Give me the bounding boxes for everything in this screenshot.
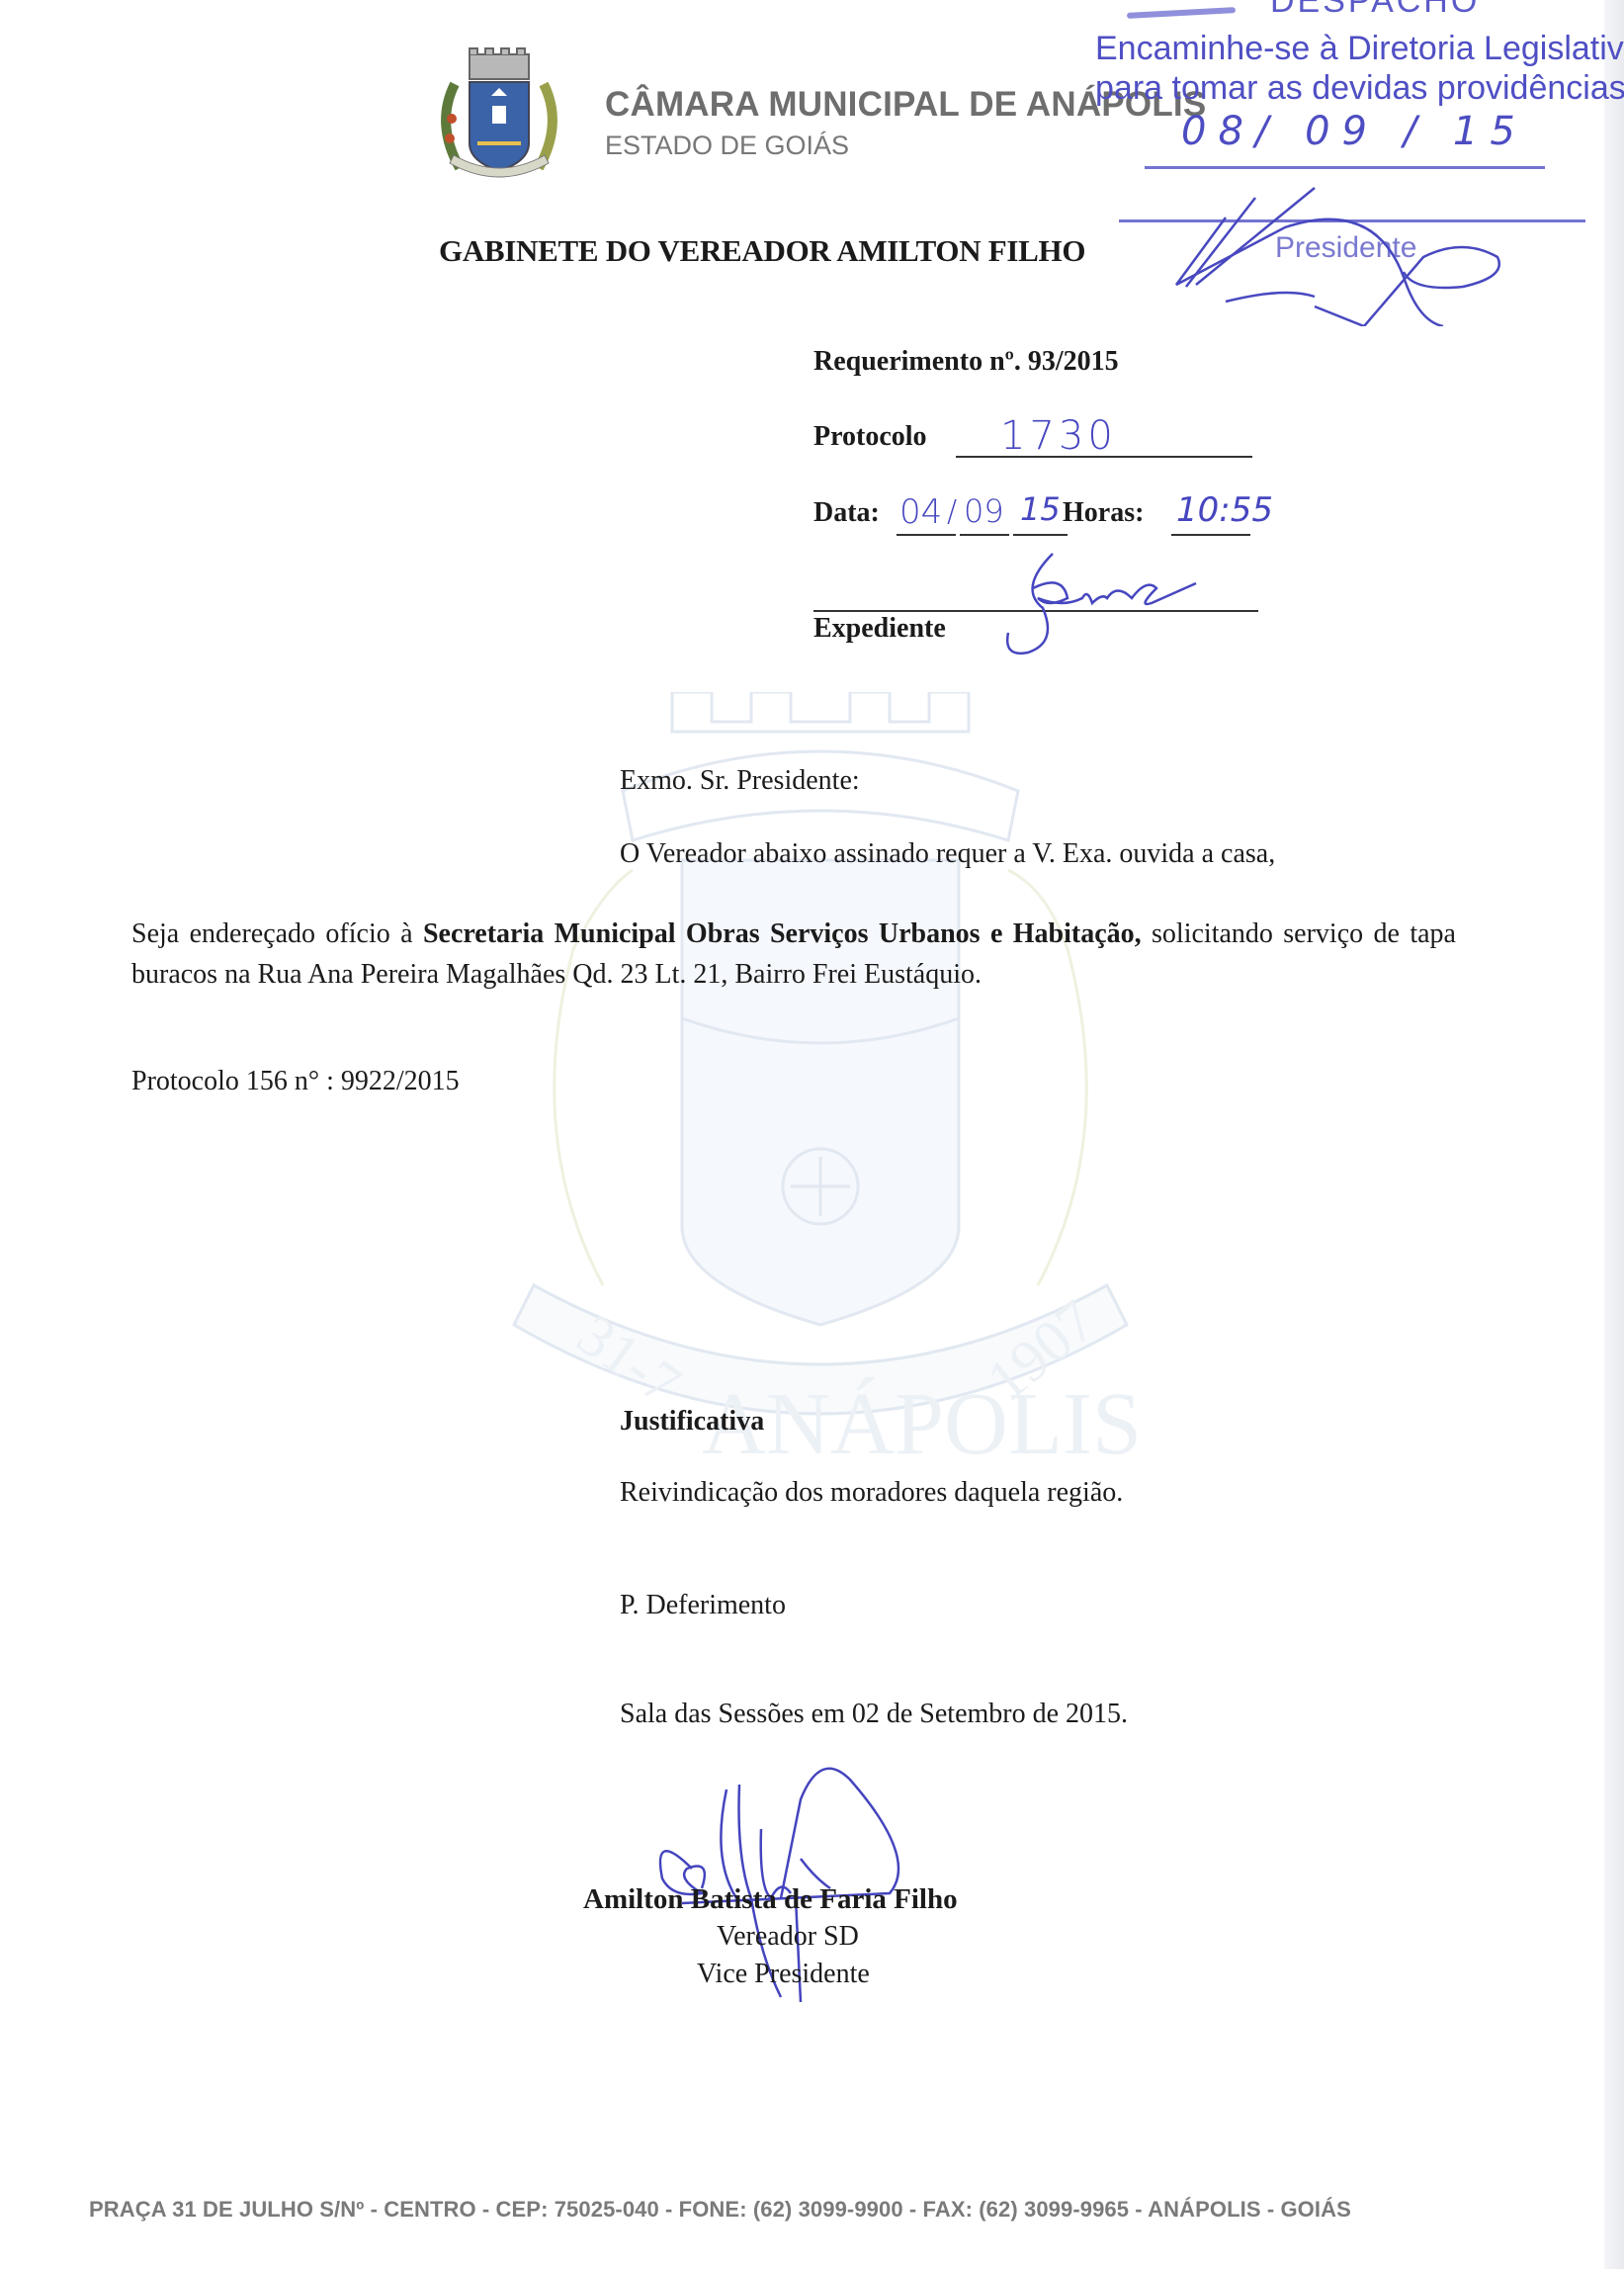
organization-state: ESTADO DE GOIÁS xyxy=(605,131,849,161)
data-label: Data: xyxy=(813,497,880,529)
request-prefix: Seja endereçado ofício à xyxy=(131,918,423,949)
stamp-date-line xyxy=(1145,166,1545,169)
data-year-value: 15 xyxy=(1020,490,1061,528)
protocolo-handwritten-value: 1730 xyxy=(1000,413,1117,459)
expediente-label: Expediente xyxy=(813,613,946,645)
expediente-signature-icon xyxy=(988,549,1226,657)
signer-name: Amilton Batista de Faria Filho xyxy=(583,1883,958,1916)
stamp-instruction-line2: para tomar as devidas providências. xyxy=(1095,69,1624,108)
justification-text: Reivindicação dos moradores daquela regi… xyxy=(620,1477,1123,1509)
justification-title: Justificativa xyxy=(620,1406,764,1438)
protocolo-label: Protocolo xyxy=(813,421,927,453)
signer-title: Vice Presidente xyxy=(697,1959,870,1990)
signer-role: Vereador SD xyxy=(717,1921,859,1953)
data-month-underline xyxy=(960,534,1009,536)
salutation: Exmo. Sr. Presidente: xyxy=(620,765,860,797)
horas-handwritten-value: 10:55 xyxy=(1176,490,1273,530)
stamp-instruction-line1: Encaminhe-se à Diretoria Legislativa xyxy=(1095,30,1624,68)
data-year-underline xyxy=(1013,534,1068,536)
horas-underline xyxy=(1171,534,1250,536)
protocol-reference: Protocolo 156 n° : 9922/2015 xyxy=(131,1066,460,1097)
watermark-city: ANÁPOLIS xyxy=(702,1375,1142,1473)
place-date: Sala das Sessões em 02 de Setembro de 20… xyxy=(620,1699,1128,1730)
data-month-value: 09 xyxy=(964,492,1004,530)
president-signature-icon xyxy=(1166,178,1502,326)
stamp-ink-smudge xyxy=(1127,7,1236,19)
office-title: GABINETE DO VEREADOR AMILTON FILHO xyxy=(439,233,1085,269)
page-edge xyxy=(1604,0,1624,2269)
data-slash-1: / xyxy=(947,494,957,529)
horas-label: Horas: xyxy=(1063,497,1144,529)
coat-of-arms-logo-icon xyxy=(430,44,568,193)
request-recipient: Secretaria Municipal Obras Serviços Urba… xyxy=(423,918,1142,949)
footer-address: PRAÇA 31 DE JULHO S/Nº - CENTRO - CEP: 7… xyxy=(89,2197,1351,2223)
request-paragraph: Seja endereçado ofício à Secretaria Muni… xyxy=(131,914,1456,995)
intro-text: O Vereador abaixo assinado requer a V. E… xyxy=(620,838,1275,870)
data-day-underline xyxy=(897,534,956,536)
closing-text: P. Deferimento xyxy=(620,1590,786,1621)
requerimento-number: Requerimento nº. 93/2015 xyxy=(813,346,1119,378)
watermark-coat-of-arms-icon: 31-7 1907 ANÁPOLIS xyxy=(376,692,1265,1483)
stamp-handwritten-date: 08/ 09 / 15 xyxy=(1181,109,1527,154)
data-day-value: 04 xyxy=(899,492,942,532)
stamp-title: DESPACHO xyxy=(1270,0,1480,21)
